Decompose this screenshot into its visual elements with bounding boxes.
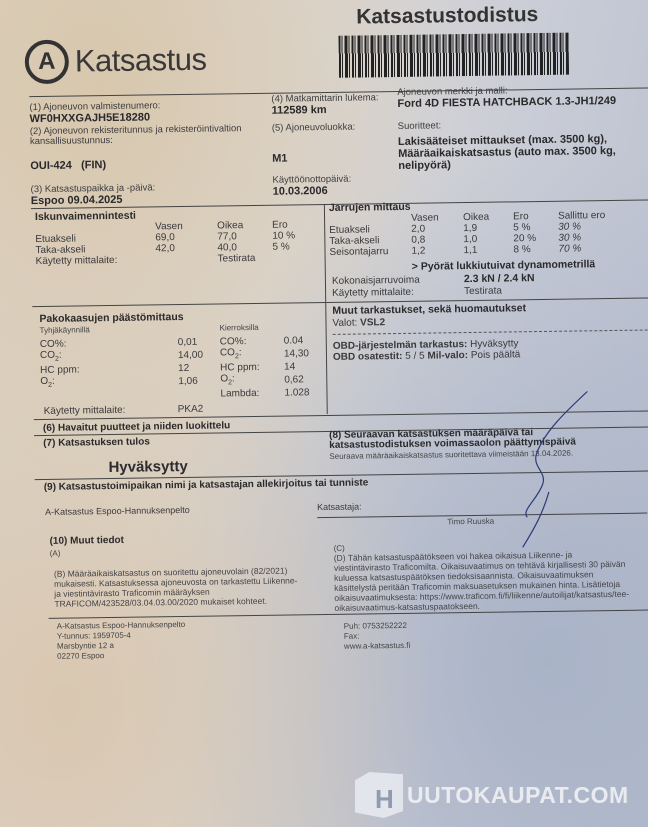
table-row: O2:0,62 [220,372,309,388]
brake-device: Testirata [464,286,502,298]
other-info-d: (D) Tähän katsastuspäätökseen voi hakea … [334,549,631,613]
place-label: (3) Katsastuspaikka ja -päivä: [31,182,156,195]
brake-test-table: VasenOikeaEroSallittu ero Etuakseli2,01,… [329,210,606,258]
a-katsastus-logo-icon: A [25,40,70,85]
idle-label: Tyhjäkäynnillä [40,325,90,335]
odometer: 112589 km [271,104,326,117]
vin: WF0HXXGAJH5E18280 [30,111,151,125]
table-row: CO2:14,30 [220,346,309,362]
company-logo: A Katsastus [25,38,207,85]
footer-contact: Puh: 0753252222 Fax: www.a-katsastus.fi [344,621,411,652]
total-brake-label: Kokonaisjarruvoima [332,275,420,287]
vehicle-class: M1 [272,153,287,165]
footer-phone: Puh: 0753252222 [344,621,410,632]
odometer-label: (4) Matkamittarin lukema: [271,92,378,104]
service-line-3: nelipyörä) [398,159,451,172]
shock-test-table: VasenOikeaEro Etuakseli69,077,010 % Taka… [35,219,295,267]
table-row: Lambda:1.028 [220,387,309,399]
table-row: CO%:0.04 [220,335,309,347]
emissions-device: PKA2 [178,404,204,415]
emissions-rpm-table: CO%:0.04 CO2:14,30 HC ppm:14 O2:0,62 Lam… [220,335,310,399]
station-name: A-Katsastus Espoo-Hannuksenpelto [45,505,190,517]
result-label: (7) Katsastuksen tulos [43,436,150,448]
footer-web: www.a-katsastus.fi [344,641,410,652]
watermark-text: UUTOKAUPAT.COM [407,782,629,809]
footer-city: 02270 Espoo [57,650,186,662]
emissions-idle-table: CO%:0,01 CO2:14,00 HC ppm:12 O2:1,06 [40,337,204,391]
signature-label: (9) Katsastustoimipaikan nimi ja katsast… [44,477,369,493]
inspector-name: Timo Ruuska [447,517,494,527]
class-label: (5) Ajoneuvoluokka: [272,122,356,134]
table-row: O2:1,06 [40,374,203,391]
make-model: Ford 4D FIESTA HATCHBACK 1.3-JH1/249 [397,95,616,110]
lights-line: Valot: VSL2 [332,317,385,329]
other-info-title: (10) Muut tiedot [49,535,124,547]
inspector-label: Katsastaja: [317,502,362,513]
watermark: H UUTOKAUPAT.COM [355,772,629,818]
logo-text: Katsastus [75,42,207,80]
inspector-signature [505,391,597,552]
services-label: Suoritteet: [398,120,441,132]
inspection-place-date: Espoo 09.04.2025 [31,194,123,207]
obd-subtests-line: OBD osatestit: 5 / 5 Mil-valo: Pois pääl… [333,349,520,363]
brake-device-label: Käytetty mittalaite: [332,287,414,299]
barcode [339,33,570,78]
huutokaupat-logo-icon: H [355,772,403,818]
first-use-date: 10.03.2006 [273,185,328,198]
first-use-label: Käyttöönottopäivä: [272,174,351,186]
rpm-label: Kierroksilla [220,323,259,333]
other-info-b: (B) Määräaikaiskatsastus on suoritettu a… [54,565,305,608]
total-brake-force: 2.3 kN / 2.4 kN [464,272,535,285]
other-info-a: (A) [50,549,61,558]
emissions-device-label: Käytetty mittalaite: [44,405,126,417]
service-line-2: Määräaikaiskatsastus (auto max. 3500 kg, [398,145,616,160]
inspection-result: Hyväksytty [108,458,187,476]
brake-note: > Pyörät lukkiutuivat dynamometrillä [412,258,596,273]
registration-number: OUI-424 (FIN) [30,159,106,172]
inspection-certificate: A Katsastus Katsastustodistus (1) Ajoneu… [0,0,648,827]
emissions-title: Pakokaasujen päästömittaus [39,311,183,325]
footer-address: A-Katsastus Espoo-Hannuksenpelto Y-tunnu… [57,620,186,662]
other-checks-title: Muut tarkastukset, sekä huomautukset [332,302,526,317]
other-info-c: (C) [334,544,345,553]
reg-label-2: kansallisuustunnus: [30,135,113,147]
document-title: Katsastustodistus [356,3,538,30]
